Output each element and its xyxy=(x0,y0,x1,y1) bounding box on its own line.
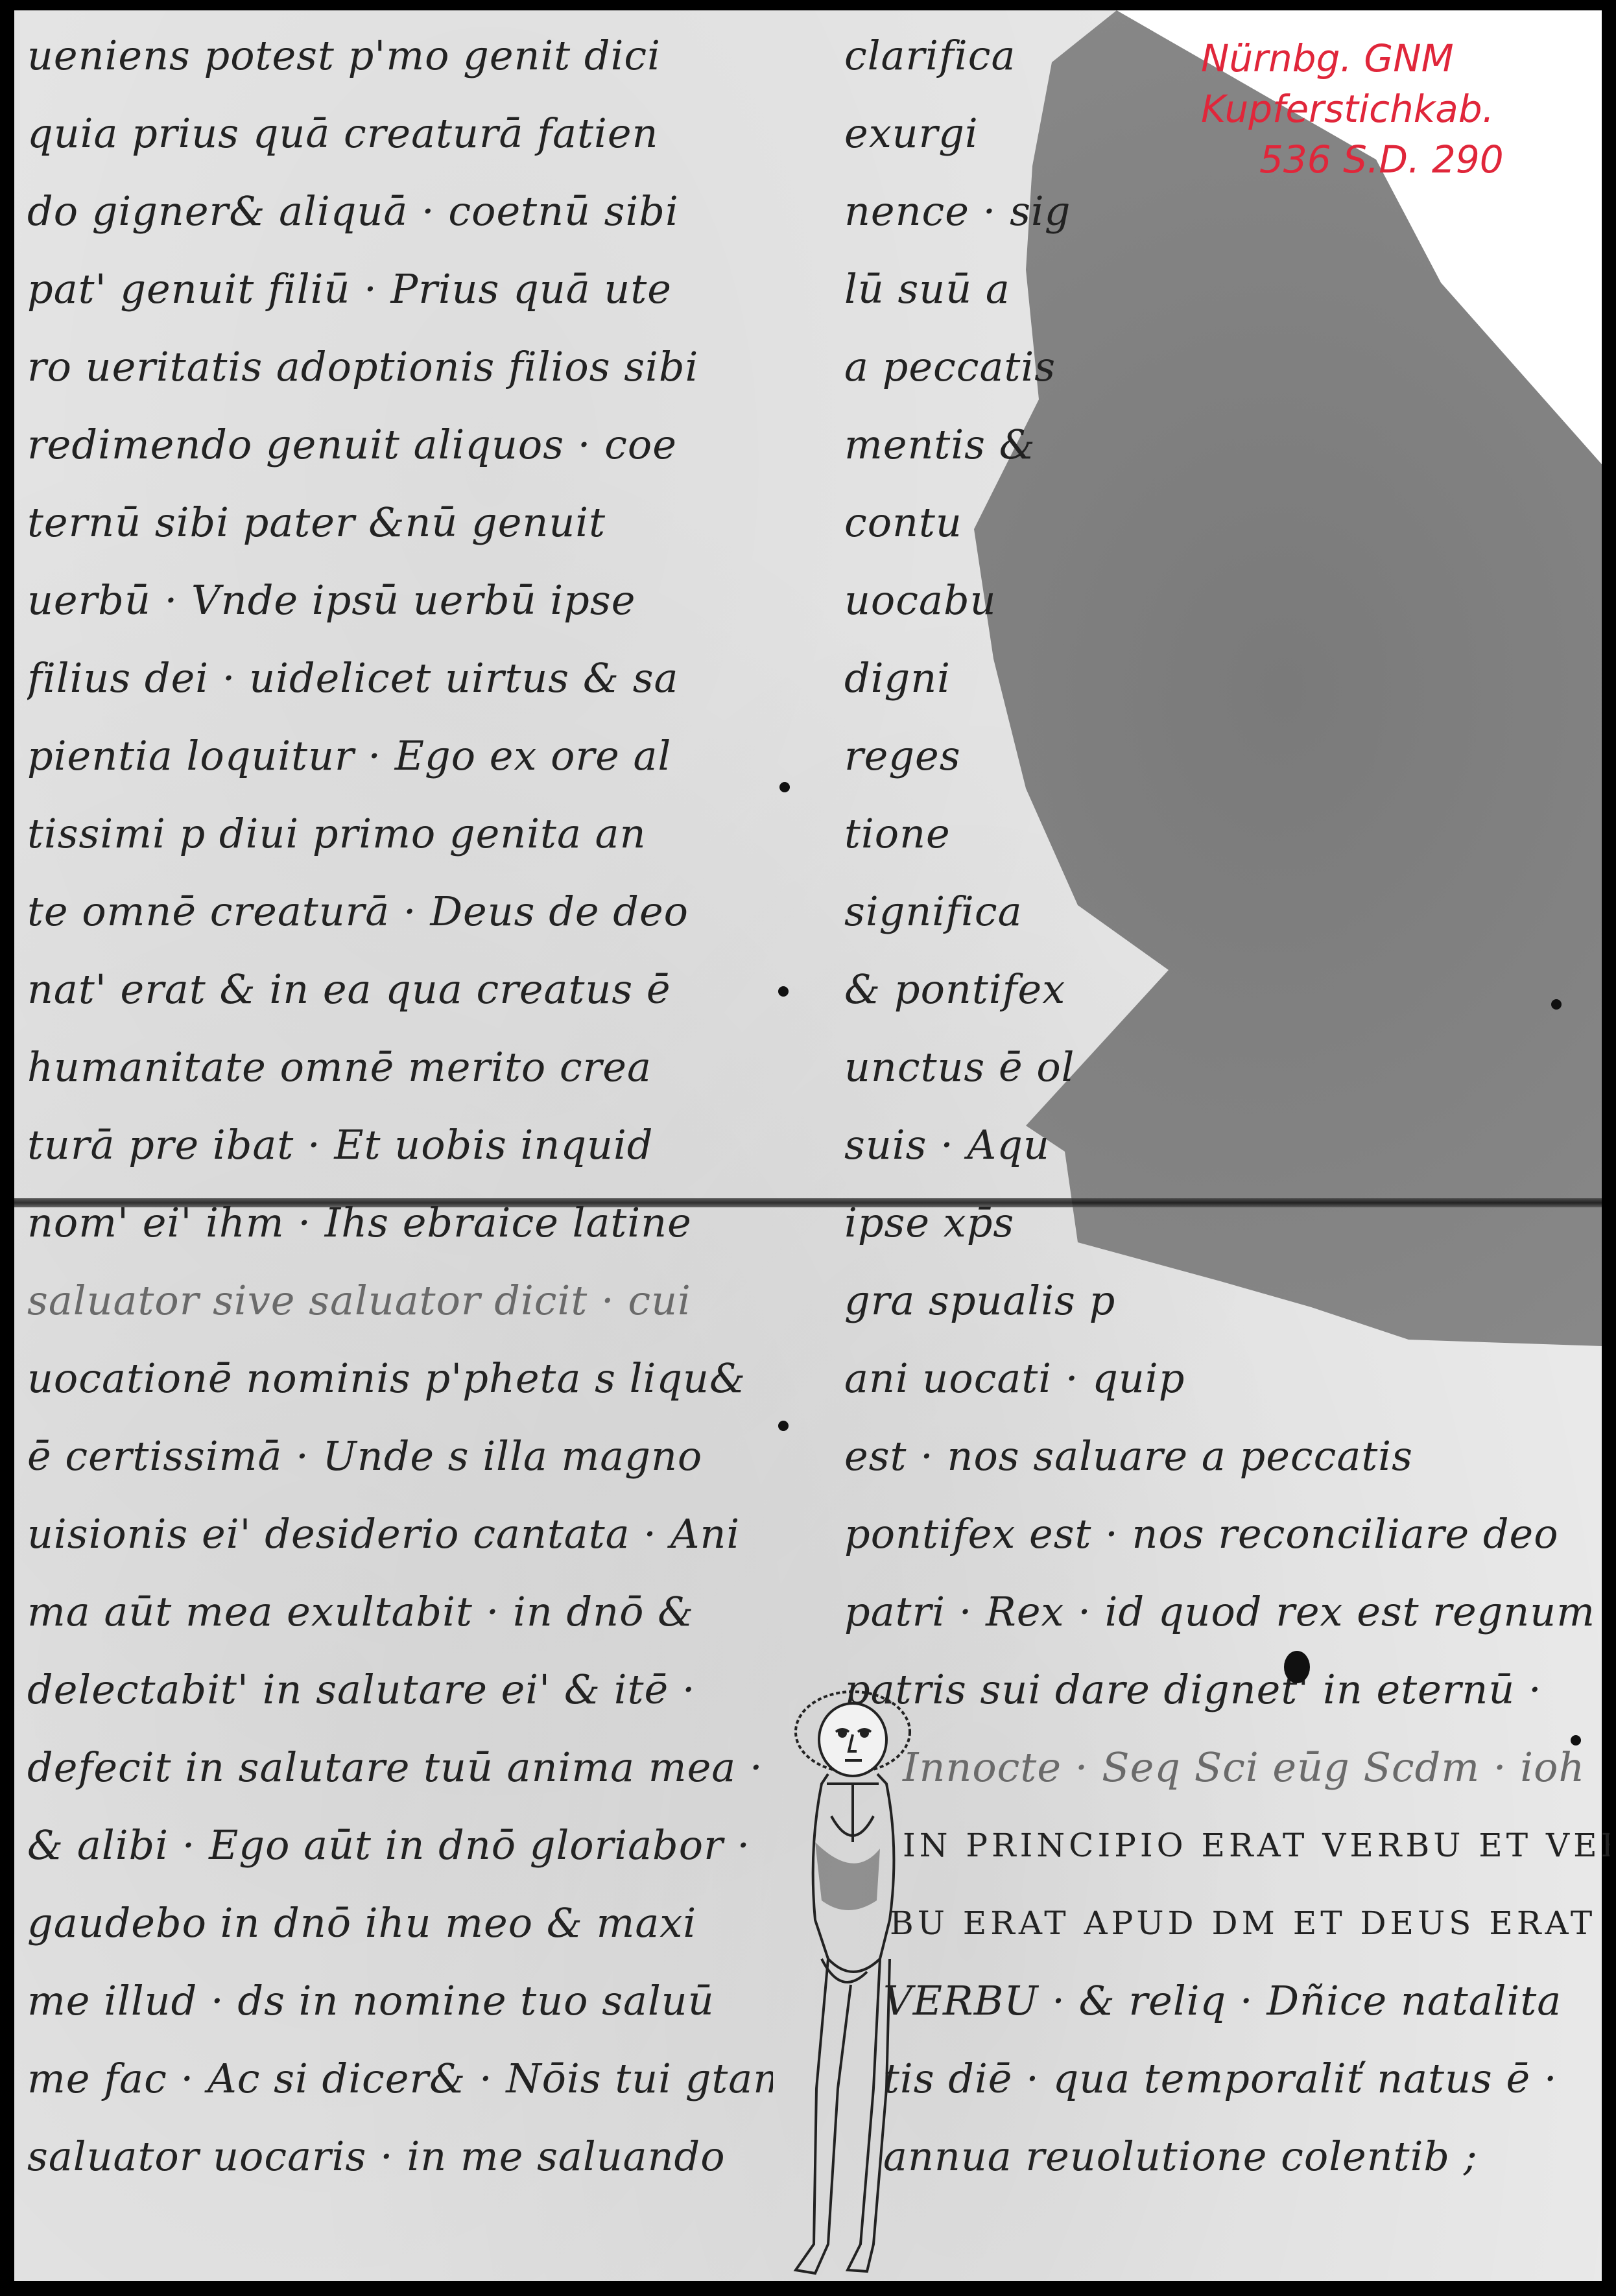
text-line: & alibi · Ego aūt in dnō gloriabor · xyxy=(27,1813,773,1891)
ink-spot xyxy=(778,986,789,997)
right-text-column: clarifica exurgi nence · sig lū suū a a … xyxy=(844,23,1610,2202)
text-line: patri · Rex · id quod rex est regnum nob xyxy=(844,1580,1610,1657)
ink-spot xyxy=(778,1421,789,1431)
text-line: ipse xp̄s xyxy=(844,1190,1610,1268)
text-line: uerbū · Vnde ipsū uerbū ipse xyxy=(27,568,773,646)
text-line: saluator uocaris · in me saluando xyxy=(27,2124,773,2202)
text-line: me illud · ds in nomine tuo saluū xyxy=(27,1969,773,2046)
text-line: humanitate omnē merito crea xyxy=(27,1035,773,1113)
gospel-incipit-line: BU ERAT APUD DM ET DEUS ERAT xyxy=(844,1891,1610,1969)
text-line: uocabu xyxy=(844,568,1610,646)
text-line: ma aūt mea exultabit · in dnō & xyxy=(27,1580,773,1657)
text-line: defecit in salutare tuū anima mea · xyxy=(27,1735,773,1813)
text-line: gaudebo in dnō ihu meo & maxi xyxy=(27,1891,773,1969)
text-line: annua reuolutione colentib ; xyxy=(844,2124,1610,2202)
text-line: patris sui dare dignet' in eternū · xyxy=(844,1657,1610,1735)
text-line: turā pre ibat · Et uobis inquid xyxy=(27,1113,773,1190)
text-line: nom' ei' ihm · Ihs ebraice latine xyxy=(27,1190,773,1268)
text-line: ternū sibi pater &nū genuit xyxy=(27,490,773,568)
rubric-line: Innocte · Seq Sci eūg Scdm · ioh xyxy=(844,1735,1610,1813)
archive-shelfmark-annotation: Nürnbg. GNM Kupferstichkab. 536 S.D. 290 xyxy=(1201,33,1603,185)
text-line: ē certissimā · Unde s illa magno xyxy=(27,1424,773,1502)
text-line: ro ueritatis adoptionis filios sibi xyxy=(27,335,773,412)
text-line: saluator sive saluator dicit · cui xyxy=(27,1268,773,1346)
text-line: nence · sig xyxy=(844,179,1610,257)
text-line: digni xyxy=(844,646,1610,724)
text-line: uisionis ei' desiderio cantata · Ani xyxy=(27,1502,773,1580)
text-line: reges xyxy=(844,724,1610,801)
annotation-line: Nürnbg. GNM xyxy=(1201,33,1603,84)
text-line: nat' erat & in ea qua creatus ē xyxy=(27,957,773,1035)
text-line: VERBU · & reliq · Dñice natalita xyxy=(844,1969,1610,2046)
text-line: tissimi p diui primo genita an xyxy=(27,801,773,879)
text-line: delectabit' in salutare ei' & itē · xyxy=(27,1657,773,1735)
text-line: tis diē · qua temporaliť natus ē · xyxy=(844,2046,1610,2124)
ink-spot xyxy=(779,782,790,792)
text-line: unctus ē ol xyxy=(844,1035,1610,1113)
ink-spot xyxy=(1551,999,1562,1010)
text-line: me fac · Ac si dicer& · Nōis tui gtam xyxy=(27,2046,773,2124)
ink-spot xyxy=(1571,1735,1581,1746)
text-line: quia prius quā creaturā fatien xyxy=(27,101,773,179)
text-line: redimendo genuit aliquos · coe xyxy=(27,412,773,490)
annotation-line: 536 S.D. 290 xyxy=(1201,134,1603,185)
manuscript-photo-frame: ueniens potest p'mo genit dici quia priu… xyxy=(14,10,1602,2281)
text-line: gra spualis p xyxy=(844,1268,1610,1346)
text-line: mentis & xyxy=(844,412,1610,490)
text-line: est · nos saluare a peccatis xyxy=(844,1424,1610,1502)
text-line: suis · Aqu xyxy=(844,1113,1610,1190)
text-line: ueniens potest p'mo genit dici xyxy=(27,23,773,101)
left-text-column: ueniens potest p'mo genit dici quia priu… xyxy=(27,23,773,2202)
gospel-incipit-line: IN PRINCIPIO ERAT VERBU ET VER xyxy=(844,1813,1610,1891)
text-line: ani uocati · quip xyxy=(844,1346,1610,1424)
text-line: pat' genuit filiū · Prius quā ute xyxy=(27,257,773,335)
text-line: te omnē creaturā · Deus de deo xyxy=(27,879,773,957)
text-line: pontifex est · nos reconciliare deo xyxy=(844,1502,1610,1580)
text-line: uocationē nominis p'pheta s liqu& xyxy=(27,1346,773,1424)
text-line: pientia loquitur · Ego ex ore al xyxy=(27,724,773,801)
text-line: contu xyxy=(844,490,1610,568)
text-line: & pontifex xyxy=(844,957,1610,1035)
text-line: filius dei · uidelicet uirtus & sa xyxy=(27,646,773,724)
text-line: tione xyxy=(844,801,1610,879)
annotation-line: Kupferstichkab. xyxy=(1201,84,1603,134)
text-line: do gigner& aliquā · coetnū sibi xyxy=(27,179,773,257)
text-line: lū suū a xyxy=(844,257,1610,335)
text-line: a peccatis xyxy=(844,335,1610,412)
text-line: significa xyxy=(844,879,1610,957)
standing-figure-illustration xyxy=(776,1686,932,2296)
ink-blot xyxy=(1284,1651,1310,1683)
